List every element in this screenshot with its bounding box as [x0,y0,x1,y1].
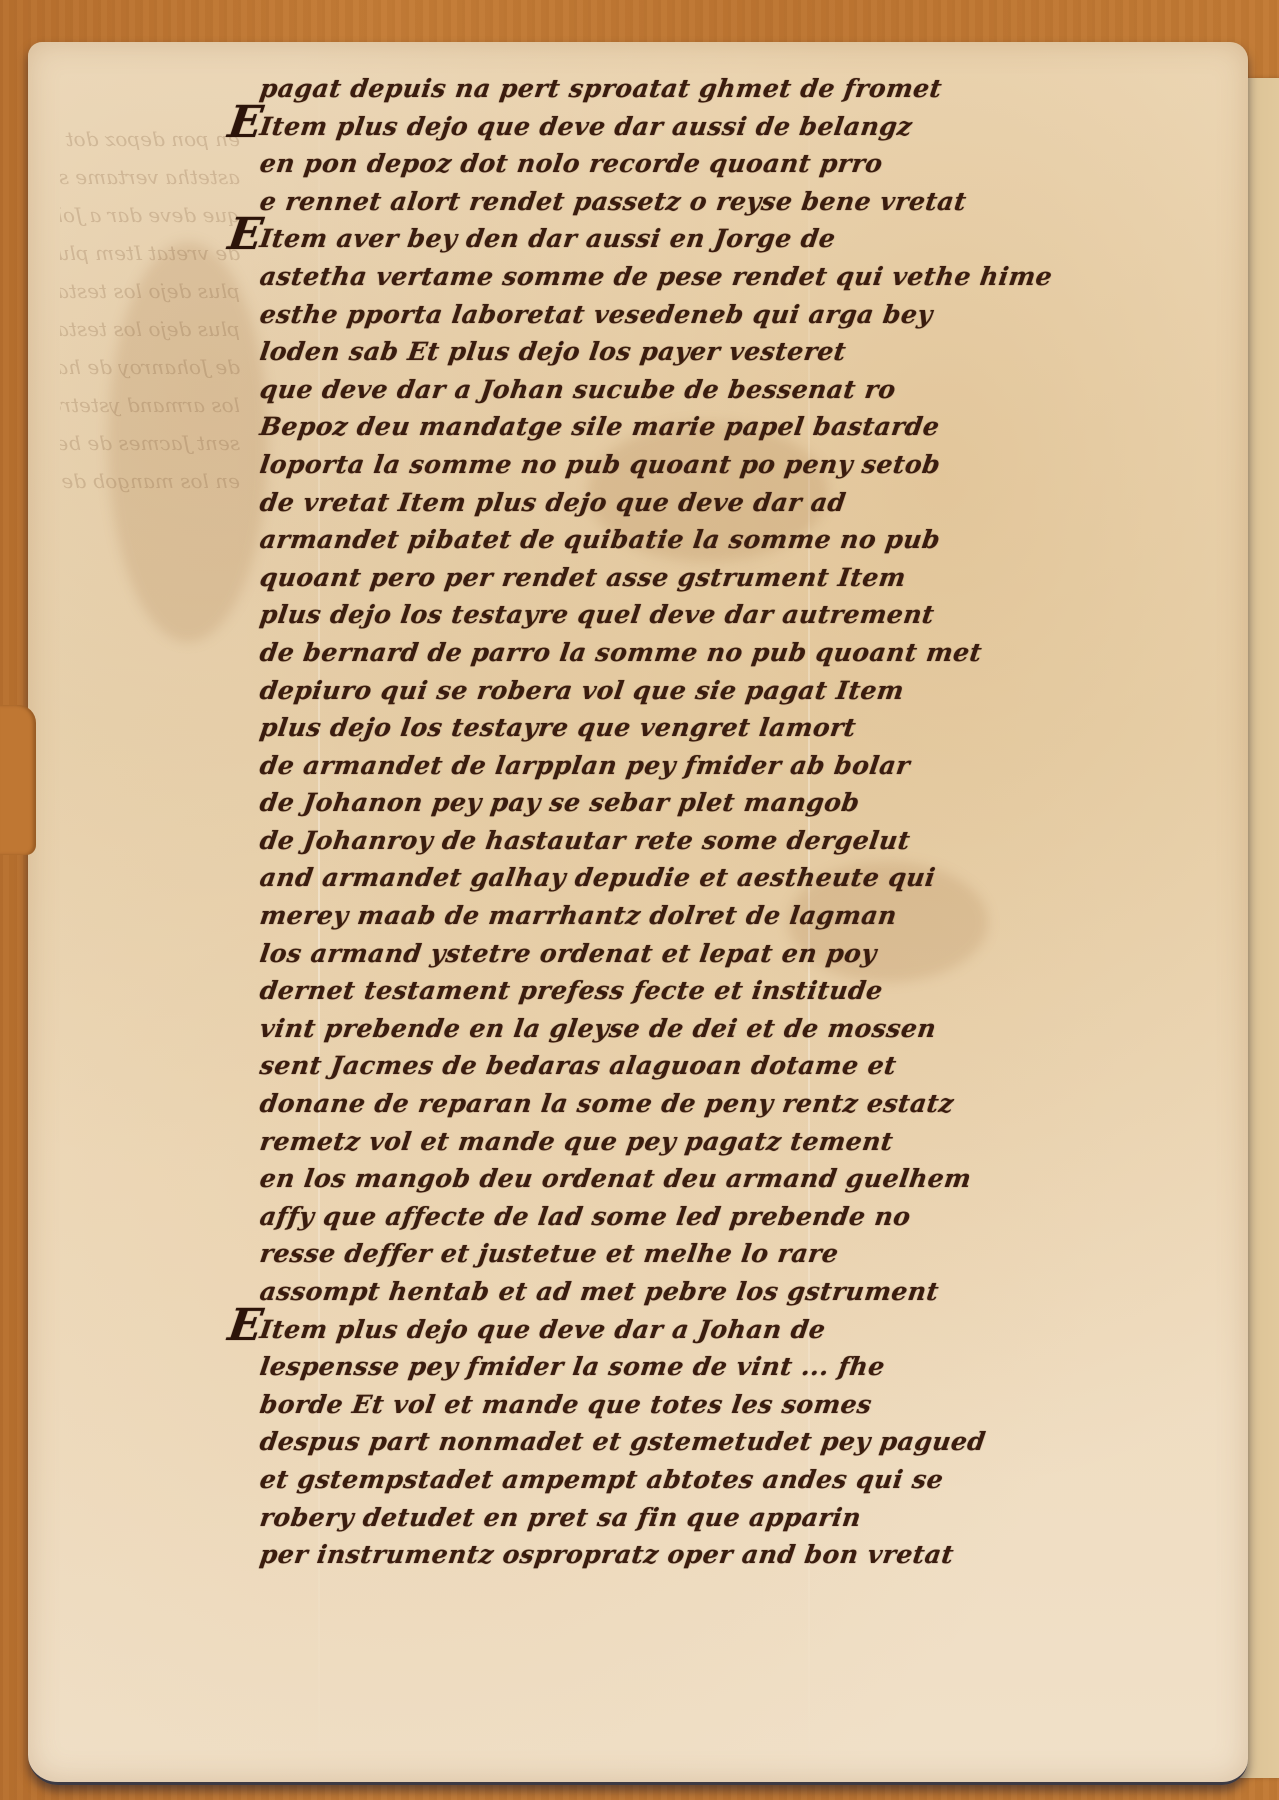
decorated-initial-e: E [226,104,265,141]
manuscript-line: and armandet galhay depudie et aestheute… [257,859,1242,897]
manuscript-line: sent Jacmes de bedaras alaguoan dotame e… [257,1047,1242,1085]
manuscript-line: donane de reparan la some de peny rentz … [257,1085,1242,1123]
manuscript-line: de Johanroy de hastautar rete some derge… [257,822,1242,860]
manuscript-line: dernet testament prefess fecte et instit… [257,972,1242,1010]
manuscript-line: despus part nonmadet et gstemetudet pey … [257,1423,1242,1461]
manuscript-line: plus dejo los testayre quel deve dar aut… [257,596,1242,634]
manuscript-line: plus dejo los testayre que vengret lamor… [257,709,1242,747]
manuscript-line: armandet pibatet de quibatie la somme no… [257,521,1242,559]
manuscript-line: EItem plus dejo que deve dar aussi de be… [257,108,1242,146]
manuscript-line: assompt hentab et ad met pebre los gstru… [257,1273,1242,1311]
manuscript-line: loporta la somme no pub quoant po peny s… [257,446,1242,484]
manuscript-line: de armandet de larpplan pey fmider ab bo… [257,747,1242,785]
decorated-initial-e: E [226,216,265,253]
manuscript-line: resse deffer et justetue et melhe lo rar… [257,1235,1242,1273]
manuscript-line: affy que affecte de lad some led prebend… [257,1198,1242,1236]
manuscript-line: per instrumentz ospropratz oper and bon … [257,1536,1242,1574]
manuscript-line: en los mangob deu ordenat deu armand gue… [257,1160,1242,1198]
manuscript-line: quoant pero per rendet asse gstrument It… [257,559,1242,597]
manuscript-line: borde Et vol et mande que totes les some… [257,1386,1242,1424]
manuscript-line: los armand ystetre ordenat et lepat en p… [257,935,1242,973]
manuscript-line: de vretat Item plus dejo que deve dar ad [257,484,1242,522]
manuscript-line: en pon depoz dot nolo recorde quoant prr… [257,145,1242,183]
manuscript-line: et gstempstadet ampempt abtotes andes qu… [257,1461,1242,1499]
manuscript-line: e rennet alort rendet passetz o reyse be… [257,183,1242,221]
manuscript-line: EItem plus dejo que deve dar a Johan de [257,1311,1242,1349]
manuscript-line: astetha vertame somme de pese rendet qui… [257,258,1242,296]
manuscript-line: lespensse pey fmider la some de vint ...… [257,1348,1242,1386]
manuscript-line: robery detudet en pret sa fin que appari… [257,1499,1242,1537]
manuscript-line: de Johanon pey pay se sebar plet mangob [257,784,1242,822]
manuscript-line: Bepoz deu mandatge sile marie papel bast… [257,408,1242,446]
manuscript-line: loden sab Et plus dejo los payer vestere… [257,333,1242,371]
manuscript-line: EItem aver bey den dar aussi en Jorge de [257,220,1242,258]
show-through-ink-left-margin: en pon depoz dot nolo recorde quoant prr… [60,120,240,1320]
torn-edge-gap [0,705,36,855]
handwritten-text-block: pagat depuis na pert sproatat ghmet de f… [260,70,1240,1574]
manuscript-line: esthe pporta laboretat vesedeneb qui arg… [257,296,1242,334]
decorated-initial-e: E [226,1307,265,1344]
manuscript-line: vint prebende en la gleyse de dei et de … [257,1010,1242,1048]
manuscript-line: que deve dar a Johan sucube de bessenat … [257,371,1242,409]
manuscript-line: depiuro qui se robera vol que sie pagat … [257,672,1242,710]
manuscript-line: remetz vol et mande que pey pagatz temen… [257,1123,1242,1161]
manuscript-line: merey maab de marrhantz dolret de lagman [257,897,1242,935]
manuscript-line: de bernard de parro la somme no pub quoa… [257,634,1242,672]
manuscript-line: pagat depuis na pert sproatat ghmet de f… [257,70,1242,108]
